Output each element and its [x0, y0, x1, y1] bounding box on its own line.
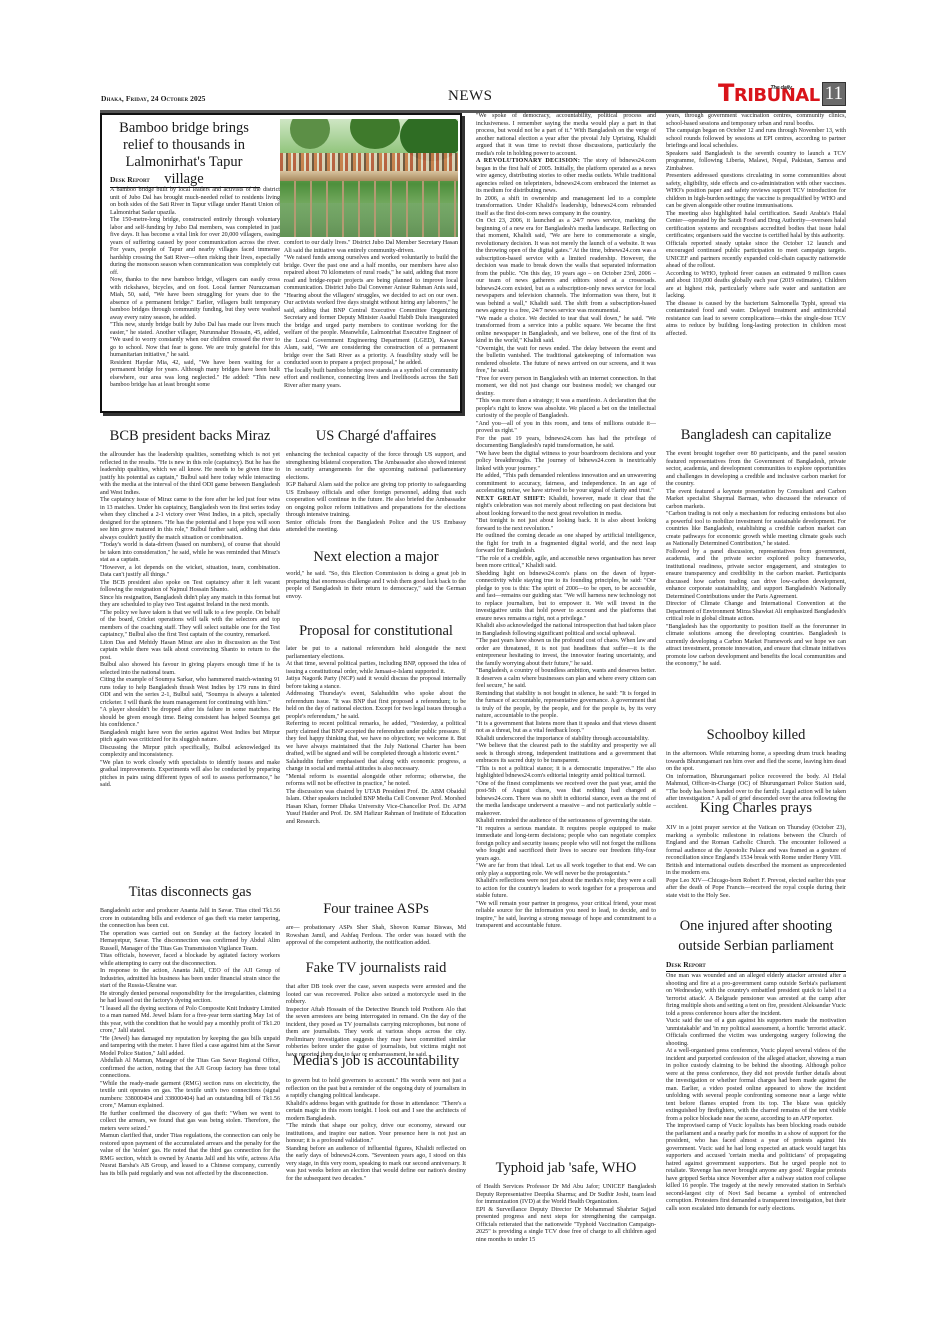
paragraph: Speakers said Bangladesh is the seventh … [666, 151, 846, 174]
paragraph: "Overnight, the wait for news ended. The… [476, 346, 656, 376]
paragraph: Director of Climate Change and Internati… [666, 601, 846, 624]
paragraph: Abdullah Al Mamun, Manager of the Titas … [100, 1058, 280, 1081]
paragraph: "Today's world is data-driven (based on … [100, 542, 280, 565]
paragraph: "And you—all of you in this room, and te… [476, 421, 656, 436]
paragraph: "One of the finest compliments we receiv… [476, 781, 656, 819]
paragraph: He further confirmed the discovery of ga… [100, 1111, 280, 1134]
brand-first-letter: T [718, 79, 734, 107]
paragraph: On Oct 23, 2006, it launched as a 24/7 n… [476, 218, 656, 316]
newspaper-page: Dhaka, Friday, 24 October 2025 NEWS The … [100, 80, 846, 113]
paragraph: At that time, several political parties,… [286, 661, 466, 676]
paragraph: "Carbon trading is not only a mechanism … [666, 511, 846, 549]
paragraph: Presenters addressed questions circulati… [666, 173, 846, 211]
paragraph: "It is a government that listens more th… [476, 721, 656, 736]
media-continued-body: "We spoke of democracy, accountability, … [476, 113, 656, 931]
paragraph: later be put to a national referendum he… [286, 646, 466, 661]
bcb-headline: BCB president backs Miraz [100, 428, 280, 445]
paragraph: "He (Jewel) has damaged my reputation by… [100, 1036, 280, 1059]
asps-body: are— probationary ASPs Sher Shah, Shovon… [286, 925, 466, 948]
paragraph: The meeting also highlighted halal certi… [666, 211, 846, 241]
subhead-revolutionary: A REVOLUTIONARY DECISION: [476, 158, 580, 164]
paragraph: A bamboo bridge built by local leaders a… [110, 187, 280, 217]
paragraph: In response to the action, Ananta Jalil,… [100, 968, 280, 991]
paragraph: The captaincy issue of Miraz came to the… [100, 497, 280, 542]
paragraph: in the afternoon. While returning home, … [666, 751, 846, 774]
paragraph: "But tonight is not just about looking b… [476, 518, 656, 533]
fake-tv-body: that after DB took over the case, seven … [286, 984, 466, 1059]
paragraph: "The role of a credible, agile, and acce… [476, 556, 656, 571]
dateline: Dhaka, Friday, 24 October 2025 [101, 94, 206, 103]
paragraph: years, through government vaccination ce… [666, 113, 846, 128]
paragraph: to govern but to hold governors to accou… [286, 1078, 466, 1101]
paragraph: Standing before an audience of influenti… [286, 1146, 466, 1184]
paragraph: EPI & Surveillance Deputy Director Dr Mo… [476, 1207, 656, 1245]
paragraph: He strongly denied personal responsibili… [100, 991, 280, 1006]
paragraph: "Mental reform is essential alongside ot… [286, 774, 466, 789]
paragraph: "This is not a political stance; it is a… [476, 766, 656, 781]
bcb-body: the allrounder has the leadership qualit… [100, 452, 280, 790]
paragraph: The discussion was chaired by UTAB Presi… [286, 789, 466, 827]
schoolboy-headline: Schoolboy killed [666, 727, 846, 744]
paragraph: Salahuddin further emphasised that along… [286, 759, 466, 774]
titas-headline: Titas disconnects gas [100, 884, 280, 901]
paragraph: "We raised funds among ourselves and wor… [284, 255, 458, 368]
paragraph: the allrounder has the leadership qualit… [100, 452, 280, 497]
paragraph: comfort to our daily lives." District Ju… [284, 240, 458, 255]
paragraph: "This was more than a strategy; it was a… [476, 398, 656, 421]
paragraph: Khalidi also acknowledged the national i… [476, 623, 656, 638]
section-label: NEWS [448, 88, 493, 105]
paragraph: "Bangladesh has the opportunity to posit… [666, 624, 846, 669]
next-election-body: world," he said. "So, this Election Comm… [286, 571, 466, 601]
paragraph: Khalidi reminded the audience of the ser… [476, 818, 656, 826]
bamboo-bridge-photo [280, 119, 458, 237]
paragraph: Pope Leo XIV—Chicago-born Robert F. Prev… [666, 878, 846, 901]
proposal-headline: Proposal for constitutional [286, 623, 466, 640]
next-election-headline: Next election a major [286, 549, 466, 566]
photo-people-crowd [280, 153, 458, 171]
typhoid-headline: Typhoid jab 'safe, WHO [476, 1160, 656, 1177]
serbia-body: One man was wounded and an alleged elder… [666, 973, 846, 1213]
paragraph: "We spoke of democracy, accountability, … [476, 113, 656, 158]
paragraph: Referring to recent political remarks, h… [286, 721, 466, 759]
paragraph: "The minds that shape our policy, drive … [286, 1123, 466, 1146]
paragraph: In 2006, a shift in ownership and manage… [476, 196, 656, 219]
us-charge-headline: US Chargé d'affaires [286, 428, 466, 445]
photo-tree-shape [350, 119, 400, 149]
paragraph: "It requires a serious mandate. It requi… [476, 826, 656, 864]
paragraph: The campaign began on October 12 and run… [666, 128, 846, 151]
asps-headline: Four trainee ASPs [286, 901, 466, 918]
photo-tree-shape [290, 119, 330, 149]
feature-body-left: A bamboo bridge built by local leaders a… [110, 187, 280, 390]
paragraph: Vucic said the use of a gun against his … [666, 1018, 846, 1048]
paragraph: Discussing the Mirpur pitch specifically… [100, 745, 280, 760]
paragraph: Jatiya Nagorik Party (NCP) said it would… [286, 676, 466, 691]
paragraph: British and international outlets descri… [666, 863, 846, 878]
paragraph: Reminding that stability is not bought i… [476, 691, 656, 721]
paragraph: of Health Services Professor Dr Md Abu J… [476, 1184, 656, 1207]
paragraph: Followed by a panel discussion, represen… [666, 549, 846, 602]
paragraph: A REVOLUTIONARY DECISION: The story of b… [476, 158, 656, 196]
paragraph: The improvised camp of Vucic loyalists h… [666, 1123, 846, 1213]
paragraph: Shedding light on bdnews24.com's plans o… [476, 571, 656, 624]
paragraph: The disease is caused by the bacterium S… [666, 301, 846, 339]
paragraph: The locally built bamboo bridge now stan… [284, 368, 458, 391]
titas-body: Bangladeshi actor and producer Ananta Ja… [100, 908, 280, 1178]
paragraph: Khalidi underscored the importance of st… [476, 736, 656, 744]
paragraph: Now, thanks to the new bamboo bridge, vi… [110, 277, 280, 322]
paragraph: Liton Das and Mehidy Hasan Miraz are als… [100, 640, 280, 663]
paragraph: "We made a choice. We decided to tear th… [476, 316, 656, 346]
paragraph: Citing the example of Soumya Sarkar, who… [100, 677, 280, 707]
paragraph: Mamun clarified that, under Titas regula… [100, 1133, 280, 1178]
media-job-body: to govern but to hold governors to accou… [286, 1078, 466, 1183]
media-job-headline: Media's job is accountability [286, 1053, 466, 1070]
carbon-body: The event brought together over 80 parti… [666, 451, 846, 669]
paragraph: Khalidi's reflections were not just abou… [476, 878, 656, 901]
feature-article-box: Bamboo bridge brings relief to thousands… [100, 113, 462, 413]
paragraph: Resident Haydar Mia, 42, said, "We have … [110, 360, 280, 390]
carbon-headline: Bangladesh can capitalize [666, 427, 846, 444]
brand-wordmark: The daily TRIBUNAL [718, 83, 820, 106]
paragraph: At a well-organised press conference, Vu… [666, 1048, 846, 1123]
paragraph: Addressing Thursday's event, Salahuddin … [286, 691, 466, 721]
paragraph: Bangladesh might have won the series aga… [100, 730, 280, 745]
paragraph: "The past years have shown us the profou… [476, 638, 656, 668]
paragraph: "While the ready-made garment (RMG) sect… [100, 1081, 280, 1111]
paragraph: "The policy we have taken is that we wil… [100, 610, 280, 640]
paragraph: Inspector Aftab Hossain of the Detective… [286, 1007, 466, 1060]
photo-bridge-deck [280, 171, 458, 181]
paragraph: "However, a lot depends on the wicket, s… [100, 565, 280, 580]
paragraph: "Bangladesh, a country of boundless ambi… [476, 668, 656, 691]
paragraph: He added, "This path demanded relentless… [476, 473, 656, 496]
typhoid-body: of Health Services Professor Dr Md Abu J… [476, 1184, 656, 1244]
paragraph: "A player shouldn't be dropped after his… [100, 707, 280, 730]
paragraph: "This new, sturdy bridge built by Jubo D… [110, 322, 280, 360]
proposal-body: later be put to a national referendum he… [286, 646, 466, 826]
paragraph: "We are far from that ideal. Let us all … [476, 863, 656, 878]
king-charles-body: XIV in a joint prayer service at the Vat… [666, 825, 846, 900]
paragraph: Bulbul also showed his favour in giving … [100, 662, 280, 677]
paragraph: "Free for every person in Bangladesh wit… [476, 376, 656, 399]
paragraph: enhancing the technical capacity of the … [286, 452, 466, 482]
paragraph: NEXT GREAT SHIFT: Khalidi, however, made… [476, 496, 656, 519]
king-charles-headline: King Charles prays [666, 800, 846, 817]
paragraph: The operation was carried out on Sunday … [100, 931, 280, 954]
page-number: 11 [822, 82, 846, 106]
brand-small-text: The daily [770, 78, 791, 98]
paragraph: Bangladeshi actor and producer Ananta Ja… [100, 908, 280, 931]
paragraph: XIV in a joint prayer service at the Vat… [666, 825, 846, 863]
paragraph: Officials reported steady uptake since t… [666, 241, 846, 271]
paragraph: Senior officials from the Bangladesh Pol… [286, 520, 466, 535]
photo-bamboo-poles [280, 181, 458, 237]
serbia-headline: One injured after shooting outside Serbi… [666, 916, 846, 956]
paragraph: IGP Baharul Alam said the police are giv… [286, 482, 466, 520]
paragraph: "We plan to work closely with specialist… [100, 760, 280, 790]
paragraph: One man was wounded and an alleged elder… [666, 973, 846, 1018]
paragraph: He outlined the coming decade as one sha… [476, 533, 656, 556]
paragraph: Since his resignation, Bangladesh didn't… [100, 595, 280, 610]
paragraph: "I leased all the dyeing sections of Pol… [100, 1006, 280, 1036]
paragraph: The event brought together over 80 parti… [666, 451, 846, 489]
masthead: Dhaka, Friday, 24 October 2025 NEWS The … [100, 80, 846, 108]
paragraph: The event featured a keynote presentatio… [666, 489, 846, 512]
paragraph: Khalidi's address began with gratitude f… [286, 1101, 466, 1124]
paragraph: world," he said. "So, this Election Comm… [286, 571, 466, 601]
paragraph: For the past 19 years, bdnews24.com has … [476, 436, 656, 451]
typhoid-continued-body: years, through government vaccination ce… [666, 113, 846, 338]
subhead-next-shift: NEXT GREAT SHIFT: [476, 496, 546, 502]
paragraph: that after DB took over the case, seven … [286, 984, 466, 1007]
paragraph: "We will remain your partner in progress… [476, 901, 656, 931]
paragraph: "We believe that the clearest path to th… [476, 743, 656, 766]
feature-body-right: comfort to our daily lives." District Ju… [284, 240, 458, 390]
paragraph: Titas officials, however, faced a blocka… [100, 953, 280, 968]
fake-tv-headline: Fake TV journalists raid [286, 960, 466, 977]
paragraph: The BCB president also spoke on Test cap… [100, 580, 280, 595]
us-charge-body: enhancing the technical capacity of the … [286, 452, 466, 535]
paragraph: According to WHO, typhoid fever causes a… [666, 271, 846, 301]
paragraph: The 150-metre-long bridge, constructed e… [110, 217, 280, 277]
paragraph: are— probationary ASPs Sher Shah, Shovon… [286, 925, 466, 948]
brand-logo: The daily TRIBUNAL 11 [718, 82, 846, 106]
paragraph: "We have been the digital witness to you… [476, 451, 656, 474]
serbia-byline: Desk Report [666, 960, 846, 972]
